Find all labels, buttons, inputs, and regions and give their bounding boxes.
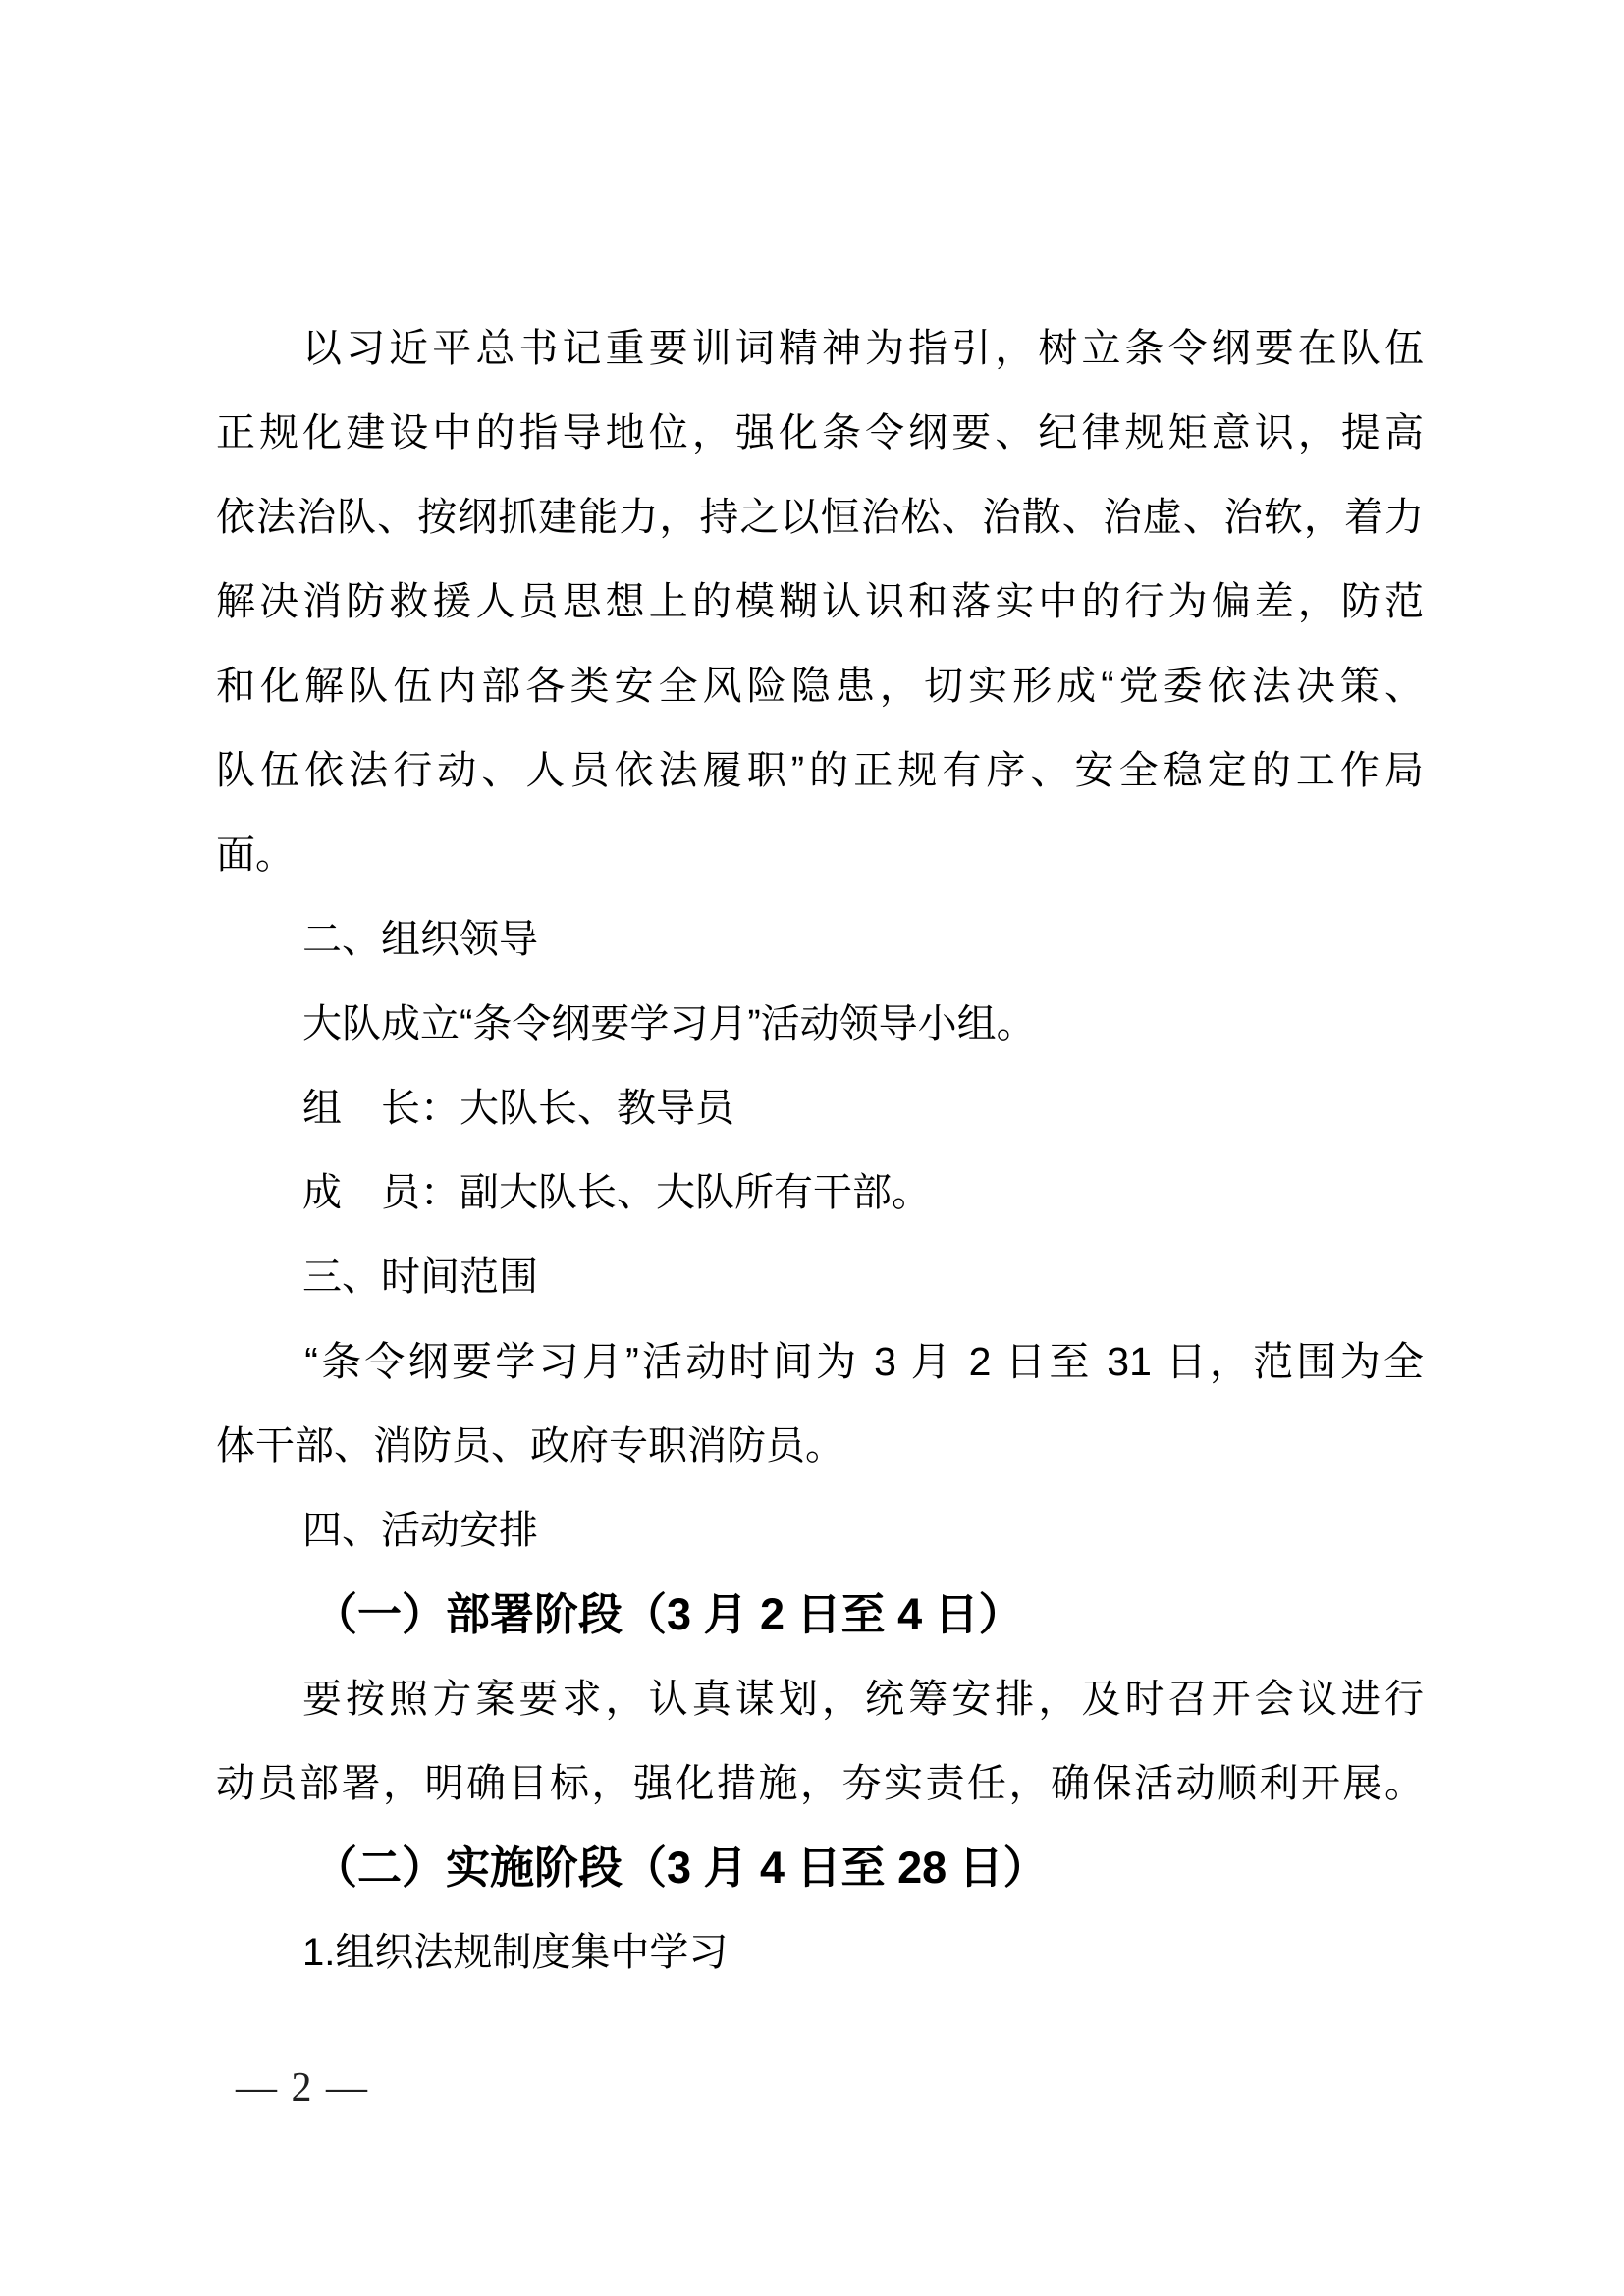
heading-section-3-time-scope: 三、时间范围 <box>216 1235 1424 1319</box>
intro-paragraph-line: 依法治队、按纲抓建能力，持之以恒治松、治散、治虚、治软，着力 <box>216 475 1424 560</box>
heading-section-4-activity-arrangement: 四、活动安排 <box>216 1488 1424 1573</box>
intro-paragraph-line: 面。 <box>216 813 1424 897</box>
page-number: — 2 — <box>236 2063 369 2112</box>
intro-paragraph-line: 以习近平总书记重要训词精神为指引，树立条令纲要在队伍 <box>216 306 1424 391</box>
deployment-paragraph-line: 动员部署，明确目标，强化措施，夯实责任，确保活动顺利开展。 <box>216 1741 1424 1826</box>
heading-stage-1-deployment: （一）部署阶段（3 月 2 日至 4 日） <box>216 1573 1424 1657</box>
document-text-block: 以习近平总书记重要训词精神为指引，树立条令纲要在队伍 正规化建设中的指导地位，强… <box>216 306 1424 1995</box>
intro-paragraph-line: 解决消防救援人员思想上的模糊认识和落实中的行为偏差，防范 <box>216 560 1424 644</box>
document-page: 以习近平总书记重要训词精神为指引，树立条令纲要在队伍 正规化建设中的指导地位，强… <box>0 0 1624 2296</box>
list-item-centralized-study: 1.组织法规制度集中学习 <box>216 1910 1424 1995</box>
intro-paragraph-line: 和化解队伍内部各类安全风险隐患，切实形成“党委依法决策、 <box>216 644 1424 728</box>
intro-paragraph-line: 正规化建设中的指导地位，强化条令纲要、纪律规矩意识，提高 <box>216 391 1424 475</box>
heading-section-2-organization-leadership: 二、组织领导 <box>216 897 1424 982</box>
group-leader-line: 组 长：大队长、教导员 <box>216 1066 1424 1150</box>
time-scope-line: “条令纲要学习月”活动时间为 3 月 2 日至 31 日，范围为全 <box>216 1319 1424 1404</box>
time-scope-line: 体干部、消防员、政府专职消防员。 <box>216 1404 1424 1488</box>
heading-stage-2-implementation: （二）实施阶段（3 月 4 日至 28 日） <box>216 1826 1424 1910</box>
leading-group-line: 大队成立“条令纲要学习月”活动领导小组。 <box>216 982 1424 1066</box>
group-members-line: 成 员：副大队长、大队所有干部。 <box>216 1150 1424 1235</box>
deployment-paragraph-line: 要按照方案要求，认真谋划，统筹安排，及时召开会议进行 <box>216 1657 1424 1741</box>
intro-paragraph-line: 队伍依法行动、人员依法履职”的正规有序、安全稳定的工作局 <box>216 728 1424 813</box>
